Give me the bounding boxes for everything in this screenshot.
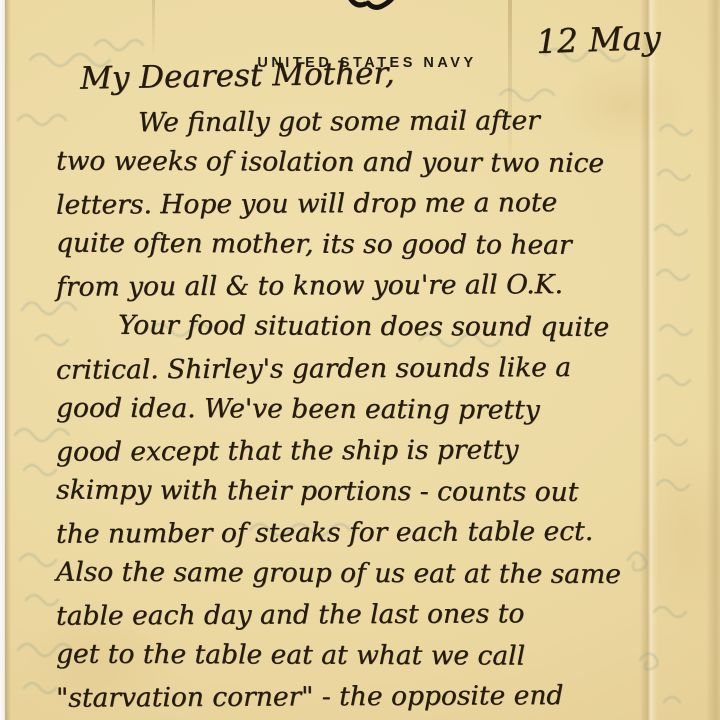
paper-edge-shadow	[5, 0, 11, 720]
letter-line: two weeks of isolation and your two nice	[56, 141, 712, 185]
date-line: 12 May	[535, 18, 661, 61]
letter-line: table each day and the last ones to	[56, 592, 712, 637]
letter-line: quite often mother, its so good to hear	[56, 223, 712, 267]
letter-line: Also the same group of us eat at the sam…	[56, 552, 712, 596]
scanned-letter: UNITED STATES NAVY 12 May My Dearest Mot…	[0, 0, 720, 720]
letter-line: We finally got some mail after	[56, 99, 712, 144]
letter-line: get to the table eat at what we call	[56, 634, 712, 678]
letter-line: the number of steaks for each table ect.	[56, 510, 712, 555]
letter-line: good except that the ship is pretty	[56, 428, 712, 473]
letter-line: letters. Hope you will drop me a note	[56, 181, 712, 226]
letter-line: good idea. We've been eating pretty	[56, 387, 712, 431]
letter-line: "starvation corner" - the opposite end	[56, 675, 712, 720]
salutation: My Dearest Mother,	[80, 55, 395, 96]
letter-body: We finally got some mail after two weeks…	[56, 101, 712, 717]
letter-line: skimpy with their portions - counts out	[56, 469, 712, 513]
navy-emblem-icon	[346, 0, 396, 12]
letter-line: Your food situation does sound quite	[56, 305, 712, 349]
letter-line: critical. Shirley's garden sounds like a	[56, 346, 712, 391]
letter-line: from you all & to know you're all O.K.	[56, 264, 712, 309]
